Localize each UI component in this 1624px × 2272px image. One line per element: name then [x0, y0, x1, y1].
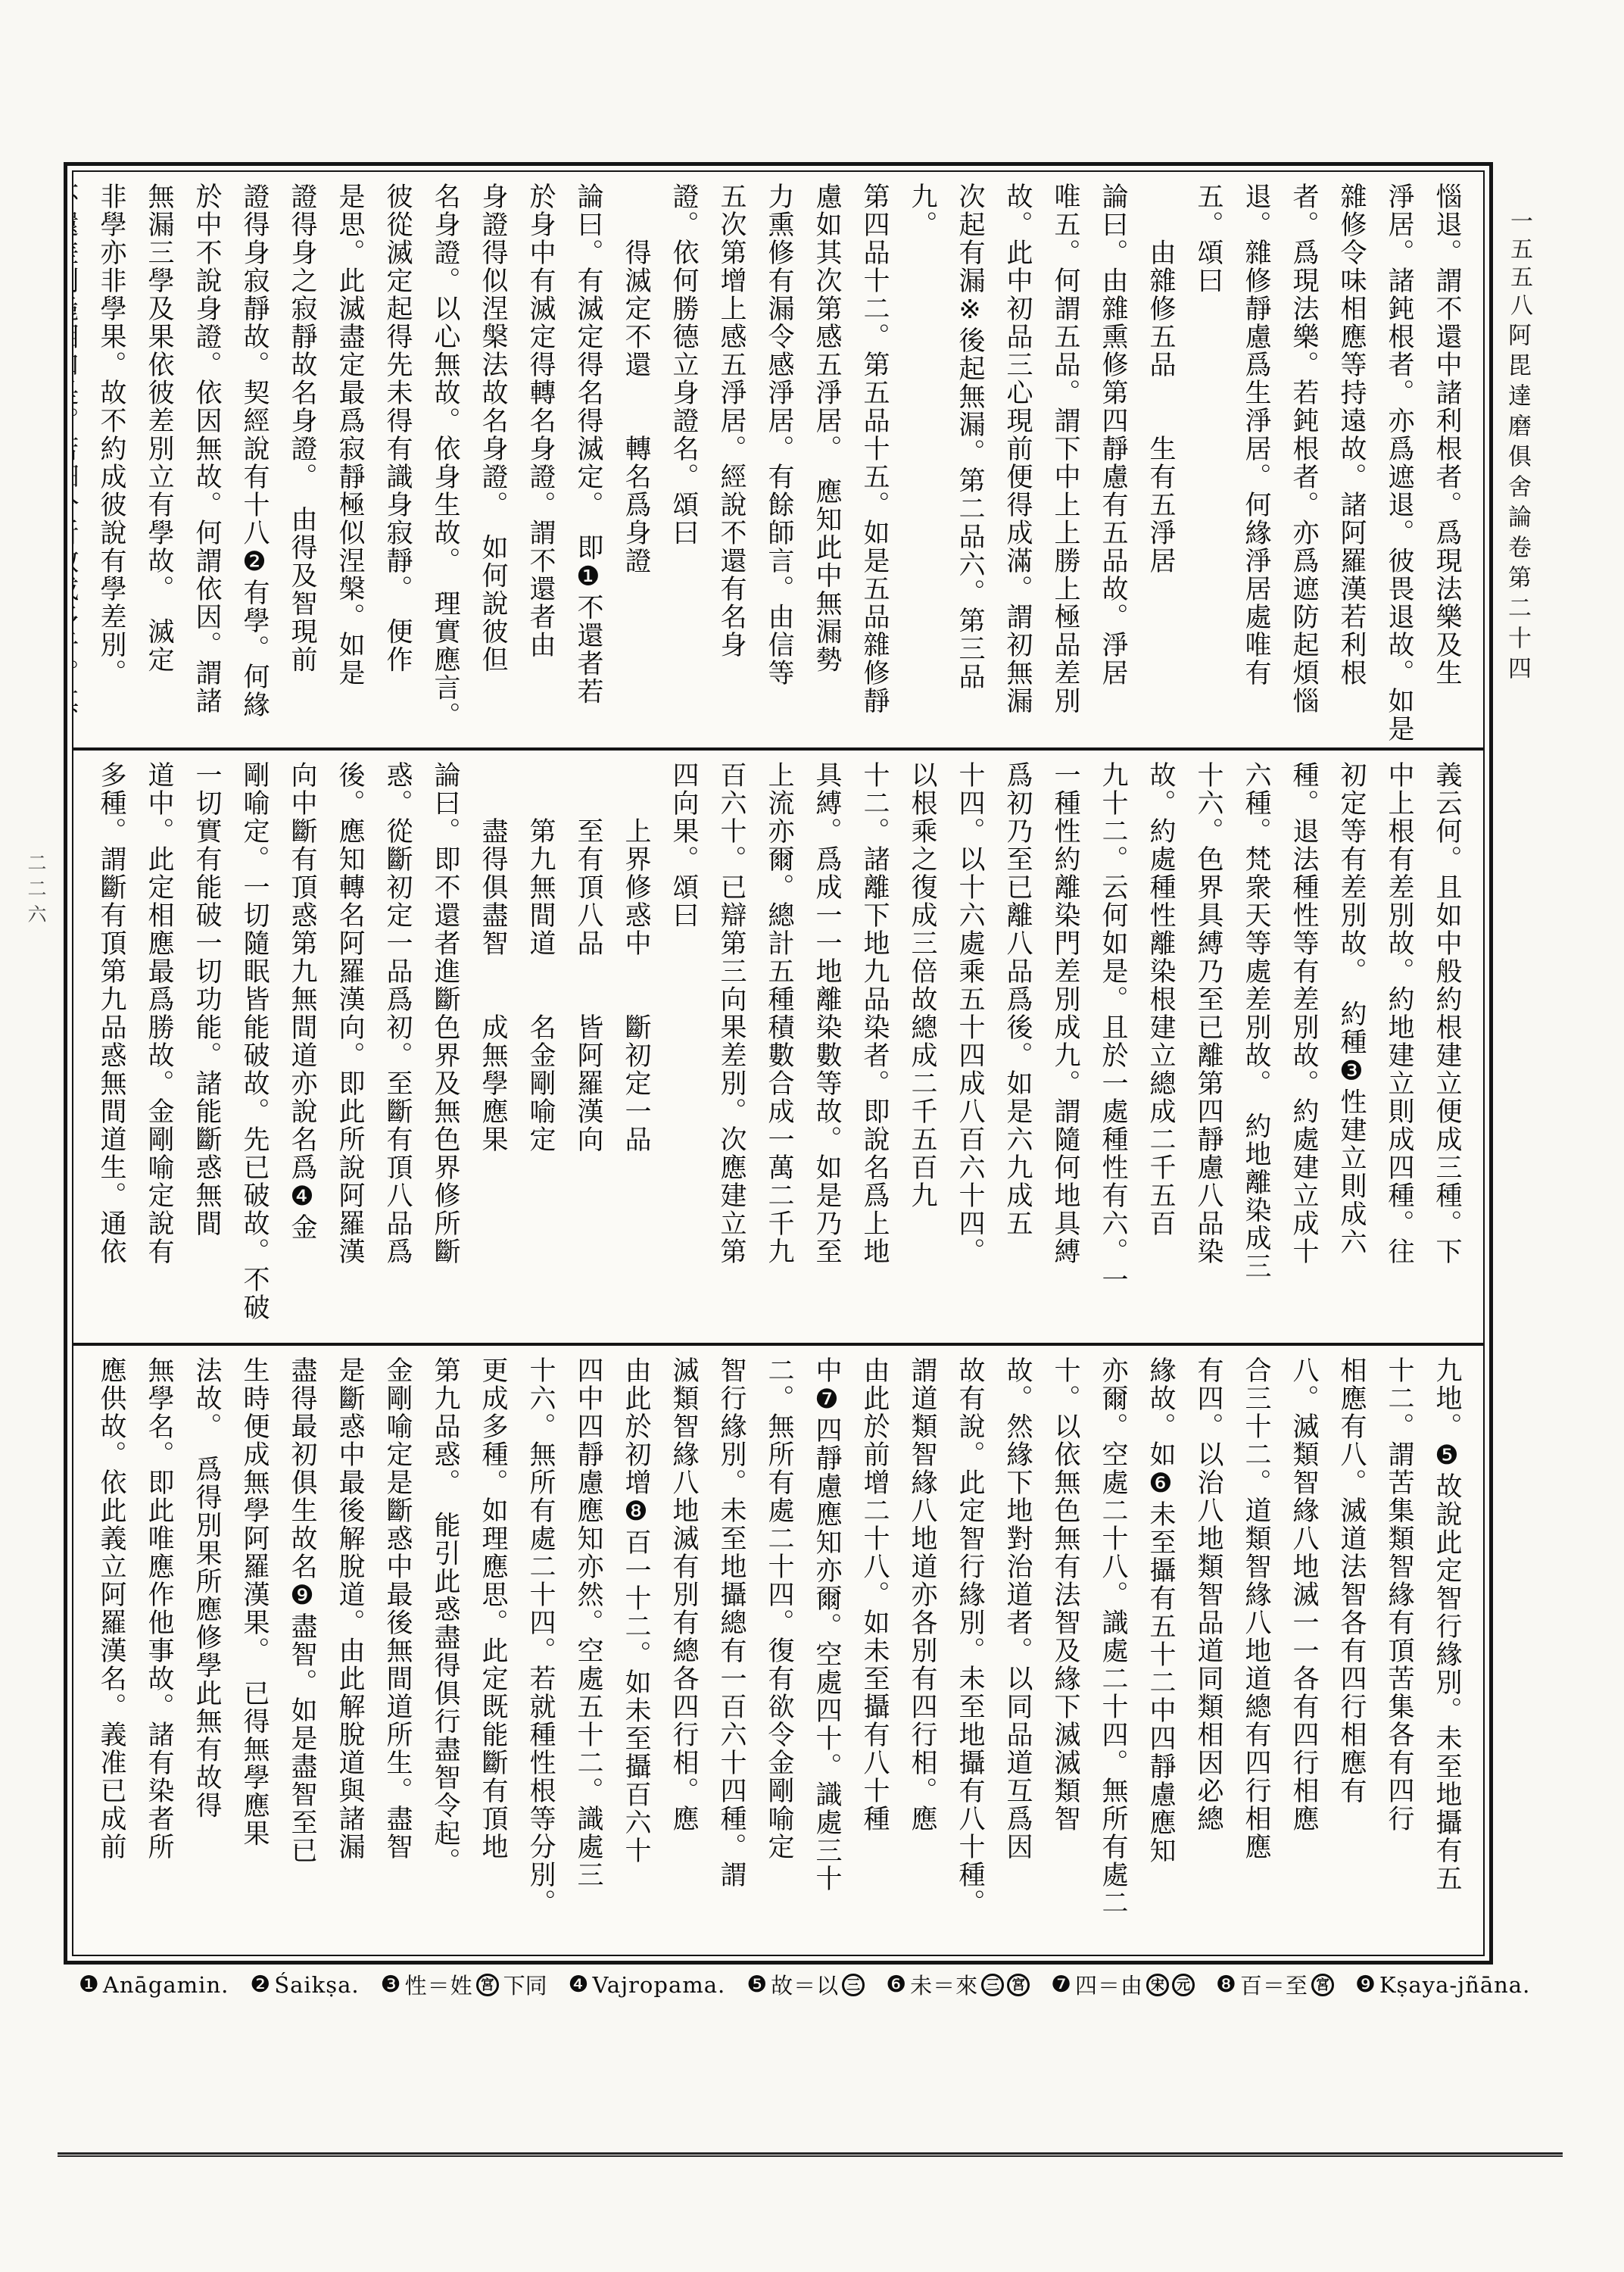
footnote-item: ❷Śaikṣa.	[250, 1971, 359, 1998]
text-frame: 惱退。謂不還中諸利根者。爲現法樂及生 淨居。諸鈍根者。亦爲遮退。彼畏退故。如是 …	[64, 162, 1493, 1965]
footnote-text: 未＝來	[910, 1969, 978, 2000]
footnote-text: 四＝由	[1075, 1969, 1143, 2000]
footnote-item: ❾Kṣaya-jñāna.	[1355, 1971, 1530, 1998]
footnote-item: ❻未＝來三宮	[886, 1969, 1030, 2000]
footnote-item: ❼四＝由宋元	[1051, 1969, 1195, 2000]
left-margin-page-number: 二二六	[21, 853, 48, 930]
footnote-text: 故＝以	[771, 1969, 839, 2000]
edition-siglum-icon: 三	[842, 1974, 865, 1996]
footnote-item: ❺故＝以三	[747, 1969, 865, 2000]
footnote-marker-icon: ❸	[381, 1971, 401, 1998]
footnote-suffix: 下同	[503, 1969, 547, 2000]
footnote-item: ❽百＝至宮	[1216, 1969, 1334, 2000]
footnote-item: ❸性＝姓宮下同	[381, 1969, 547, 2000]
edition-siglum-icon: 宮	[476, 1974, 499, 1996]
edition-siglum-icon: 宮	[1311, 1974, 1334, 1996]
footnote-marker-icon: ❼	[1051, 1971, 1071, 1998]
footnote-marker-icon: ❻	[886, 1971, 906, 1998]
footnote-item: ❶Anāgamin.	[79, 1971, 229, 1998]
footnote-item: ❹Vajropama.	[569, 1971, 726, 1998]
footnote-text: Kṣaya-jñāna.	[1379, 1972, 1530, 1998]
apparatus-footnotes: ❶Anāgamin.❷Śaikṣa.❸性＝姓宮下同❹Vajropama.❺故＝以…	[79, 1969, 1260, 2000]
footnote-marker-icon: ❶	[79, 1971, 99, 1998]
bottom-rule	[58, 2152, 1563, 2157]
edition-siglum-icon: 宮	[1007, 1974, 1030, 1996]
footnote-text: Śaikṣa.	[274, 1972, 359, 1998]
footnote-text: 性＝姓	[405, 1969, 473, 2000]
edition-siglum-icon: 三	[981, 1974, 1004, 1996]
register-middle: 義云何。且如中般約根建立便成三種。下 中上根有差別故。約地建立則成四種。往 初定…	[73, 751, 1483, 1343]
footnote-marker-icon: ❽	[1216, 1971, 1236, 1998]
register-top: 惱退。謂不還中諸利根者。爲現法樂及生 淨居。諸鈍根者。亦爲遮退。彼畏退故。如是 …	[73, 172, 1483, 747]
footnote-text: Anāgamin.	[103, 1972, 229, 1998]
footnote-marker-icon: ❷	[250, 1971, 270, 1998]
text-frame-inner: 惱退。謂不還中諸利根者。爲現法樂及生 淨居。諸鈍根者。亦爲遮退。彼畏退故。如是 …	[72, 170, 1485, 1956]
footnote-marker-icon: ❹	[569, 1971, 589, 1998]
footnote-marker-icon: ❺	[747, 1971, 767, 1998]
edition-siglum-icon: 元	[1172, 1974, 1195, 1996]
scanned-page: 一五五八 阿毘達磨俱舍論卷第二十四 二二六 惱退。謂不還中諸利根者。爲現法樂及生…	[0, 0, 1624, 2272]
right-margin-page-number: 一五五八	[1502, 209, 1535, 321]
footnote-marker-icon: ❾	[1355, 1971, 1376, 1998]
right-margin-volume-title: 阿毘達磨俱舍論卷第二十四	[1501, 323, 1535, 686]
footnote-text: Vajropama.	[593, 1972, 726, 1998]
register-bottom: 九地。❺故說此定智行緣別。未至地攝有五 十二。謂苦集類智緣有頂苦集各有四行 相應…	[73, 1346, 1483, 1955]
footnote-text: 百＝至	[1240, 1969, 1308, 2000]
edition-siglum-icon: 宋	[1146, 1974, 1169, 1996]
